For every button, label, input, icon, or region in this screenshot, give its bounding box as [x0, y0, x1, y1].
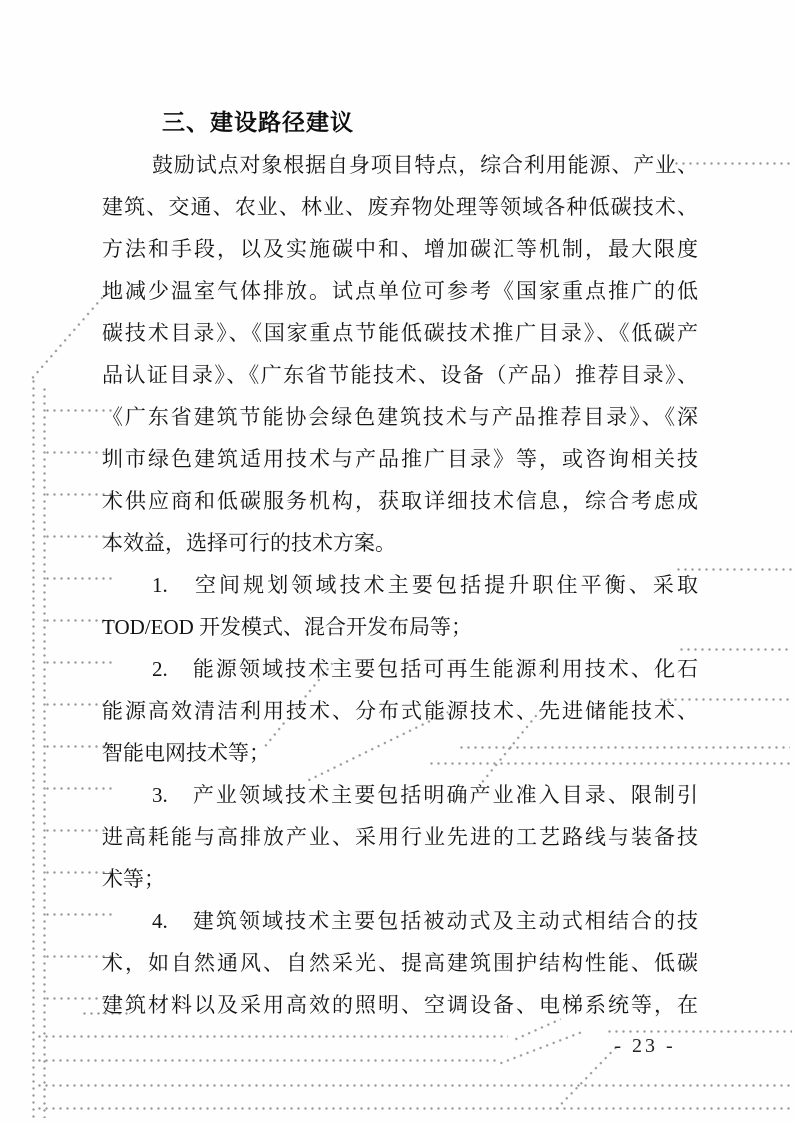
text-line: 4. 建筑领域技术主要包括被动式及主动式相结合的技 [102, 900, 698, 942]
scan-artifact-dotted-row [38, 1035, 508, 1038]
text-line: 术供应商和低碳服务机构，获取详细技术信息，综合考虑成 [102, 480, 698, 522]
text-line: 术，如自然通风、自然采光、提高建筑围护结构性能、低碳 [102, 942, 698, 984]
scan-artifact-dotted-row [608, 1030, 792, 1033]
scan-artifact-curve-segment [499, 1029, 585, 1064]
text-line: 鼓励试点对象根据自身项目特点，综合利用能源、产业、 [102, 144, 698, 186]
scan-artifact-vertical-line [43, 388, 46, 1118]
scan-artifact-vertical-line [32, 380, 35, 1118]
text-line: 进高耗能与高排放产业、采用行业先进的工艺路线与装备技 [102, 816, 698, 858]
section-heading: 三、建设路径建议 [102, 100, 698, 144]
page-number: - 23 - [595, 1035, 695, 1058]
scan-artifact-dotted-row [38, 1107, 792, 1110]
text-line: 品认证目录》、《广东省节能技术、设备（产品）推荐目录》、 [102, 354, 698, 396]
scan-artifact-dotted-row [38, 1084, 792, 1087]
document-page: 三、建设路径建议 鼓励试点对象根据自身项目特点，综合利用能源、产业、建筑、交通、… [0, 0, 794, 1123]
scan-artifact-diagonal-line [31, 287, 112, 380]
text-line: 《广东省建筑节能协会绿色建筑技术与产品推荐目录》、《深 [102, 396, 698, 438]
text-line: 本效益，选择可行的技术方案。 [102, 522, 698, 564]
text-line: 碳技术目录》、《国家重点节能低碳技术推广目录》、《低碳产 [102, 312, 698, 354]
text-line: 建筑、交通、农业、林业、废弃物处理等领域各种低碳技术、 [102, 186, 698, 228]
text-line: 智能电网技术等； [102, 732, 698, 774]
text-line: 地减少温室气体排放。试点单位可参考《国家重点推广的低 [102, 270, 698, 312]
text-line: 圳市绿色建筑适用技术与产品推广目录》等，或咨询相关技 [102, 438, 698, 480]
text-line: 方法和手段，以及实施碳中和、增加碳汇等机制，最大限度 [102, 228, 698, 270]
document-body: 三、建设路径建议 鼓励试点对象根据自身项目特点，综合利用能源、产业、建筑、交通、… [102, 100, 698, 1026]
text-line: 术等； [102, 858, 698, 900]
text-line: 3. 产业领域技术主要包括明确产业准入目录、限制引 [102, 774, 698, 816]
scan-artifact-dotted-row [38, 1059, 500, 1062]
text-line: 1. 空间规划领域技术主要包括提升职住平衡、采取 [102, 564, 698, 606]
text-line: 建筑材料以及采用高效的照明、空调设备、电梯系统等，在 [102, 984, 698, 1026]
text-line: 2. 能源领域技术主要包括可再生能源利用技术、化石 [102, 648, 698, 690]
text-line: TOD/EOD 开发模式、混合开发布局等； [102, 606, 698, 648]
text-line: 能源高效清洁利用技术、分布式能源技术、先进储能技术、 [102, 690, 698, 732]
